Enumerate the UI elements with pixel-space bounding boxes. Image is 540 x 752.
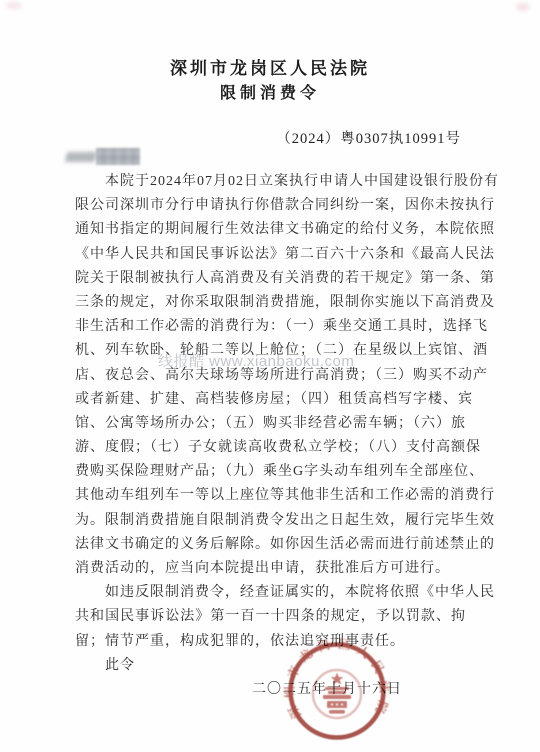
document-line: 限公司深圳市分行申请执行你借款合同纠纷一案，因你未按执行 <box>75 194 466 218</box>
redaction-smudge <box>65 152 97 162</box>
document-line: 机、列车软卧、轮船二等以上舱位；（二）在星级以上宾馆、酒 <box>75 339 466 363</box>
document-line: 消费活动的，应当向本院提出申请，获批准后方可进行。 <box>75 557 466 581</box>
redaction-mosaic <box>96 148 140 165</box>
document-line: 三条的规定，对你采取限制消费措施，限制你实施以下高消费及 <box>75 291 466 315</box>
document-body: 本院于2024年07月02日立案执行申请人中国建设银行股份有限公司深圳市分行申请… <box>75 170 466 702</box>
document-line: 费购买保险理财产品；（九）乘坐G字头动车组列车全部座位、 <box>75 460 466 484</box>
scan-artifact-mark <box>6 2 22 9</box>
document-line: 院关于限制被执行人高消费及有关消费的若干规定》第一条、第 <box>75 267 466 291</box>
document-line: 或者新建、扩建、高档装修房屋；（四）租赁高档写字楼、宾 <box>75 388 466 412</box>
document-line: 店、夜总会、高尔夫球场等场所进行高消费；（三）购买不动产 <box>75 364 466 388</box>
document-line: 本院于2024年07月02日立案执行申请人中国建设银行股份有 <box>75 170 466 194</box>
case-number: （2024）粤0307执10991号 <box>276 127 461 148</box>
closing-phrase: 此令 <box>75 654 466 678</box>
order-title: 限制消费令 <box>0 80 540 103</box>
document-line: 如违反限制消费令，经查证属实的，本院将依照《中华人民 <box>75 581 466 605</box>
court-name-title: 深圳市龙岗区人民法院 <box>0 54 540 79</box>
document-line: 通知书指定的期间履行生效法律文书确定的给付义务，本院依照 <box>75 218 466 242</box>
document-line: 馆、公寓等场所办公；（五）购买非经营必需车辆；（六）旅 <box>75 412 466 436</box>
issue-date: 二〇二五年十月十六日 <box>75 678 466 702</box>
document-line: 《中华人民共和国民事诉讼法》第二百六十六条和《最高人民法 <box>75 243 466 267</box>
document-line: 非生活和工作必需的消费行为：（一）乘坐交通工具时，选择飞 <box>75 315 466 339</box>
document-line: 共和国民事诉讼法》第一百一十四条的规定，予以罚款、拘 <box>75 605 466 629</box>
document-line: 为。限制消费措施自限制消费令发出之日起生效，履行完毕生效 <box>75 509 466 533</box>
document-line: 游、度假；（七）子女就读高收费私立学校；（八）支付高额保 <box>75 436 466 460</box>
document-line: 留；情节严重，构成犯罪的，依法追究刑事责任。 <box>75 630 466 654</box>
scan-artifact-mark <box>516 3 530 11</box>
paragraph-2: 如违反限制消费令，经查证属实的，本院将依照《中华人民共和国民事诉讼法》第一百一十… <box>75 581 466 654</box>
redacted-name-block <box>66 146 142 168</box>
paragraph-1: 本院于2024年07月02日立案执行申请人中国建设银行股份有限公司深圳市分行申请… <box>75 170 466 581</box>
document-line: 法律文书确定的义务后解除。如你因生活必需而进行前述禁止的 <box>75 533 466 557</box>
document-page: 深圳市龙岗区人民法院 限制消费令 （2024）粤0307执10991号 本院于2… <box>0 0 540 752</box>
document-line: 其他动车组列车一等以上座位等其他非生活和工作必需的消费行 <box>75 484 466 508</box>
